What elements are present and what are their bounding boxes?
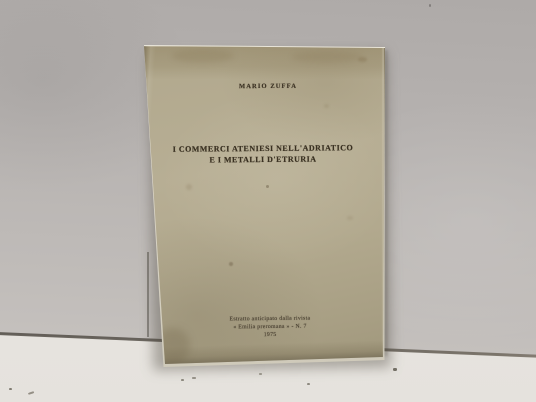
booklet-right-edge-shadow [385, 50, 389, 356]
dust-speck [429, 4, 431, 7]
foxing-stain [266, 185, 269, 188]
foxing-stain [324, 104, 329, 108]
foxing-stain [292, 51, 362, 63]
imprint-line-3: 1975 [149, 330, 391, 341]
title-line-1: I COMMERCI ATENIESI NELL'ADRIATICO [142, 143, 384, 156]
table-speck [181, 379, 184, 381]
photo-scene: MARIO ZUFFA I COMMERCI ATENIESI NELL'ADR… [0, 0, 536, 402]
table-speck [393, 368, 397, 371]
author-name: MARIO ZUFFA [147, 82, 389, 90]
table-speck [259, 373, 262, 375]
booklet-cover: MARIO ZUFFA I COMMERCI ATENIESI NELL'ADR… [144, 44, 386, 366]
foxing-stain [172, 49, 234, 63]
wall-seam-line [147, 252, 149, 337]
title-line-2: E I METALLI D'ETRURIA [142, 153, 384, 166]
table-speck [192, 377, 196, 379]
foxing-stain [186, 184, 192, 190]
table-speck [307, 383, 310, 385]
booklet-title: I COMMERCI ATENIESI NELL'ADRIATICO E I M… [142, 143, 384, 166]
foxing-stain [229, 262, 233, 266]
imprint-block: Estratto anticipato dalla rivista « Emil… [149, 314, 391, 341]
table-speck [9, 388, 12, 390]
foxing-stain [347, 216, 353, 220]
